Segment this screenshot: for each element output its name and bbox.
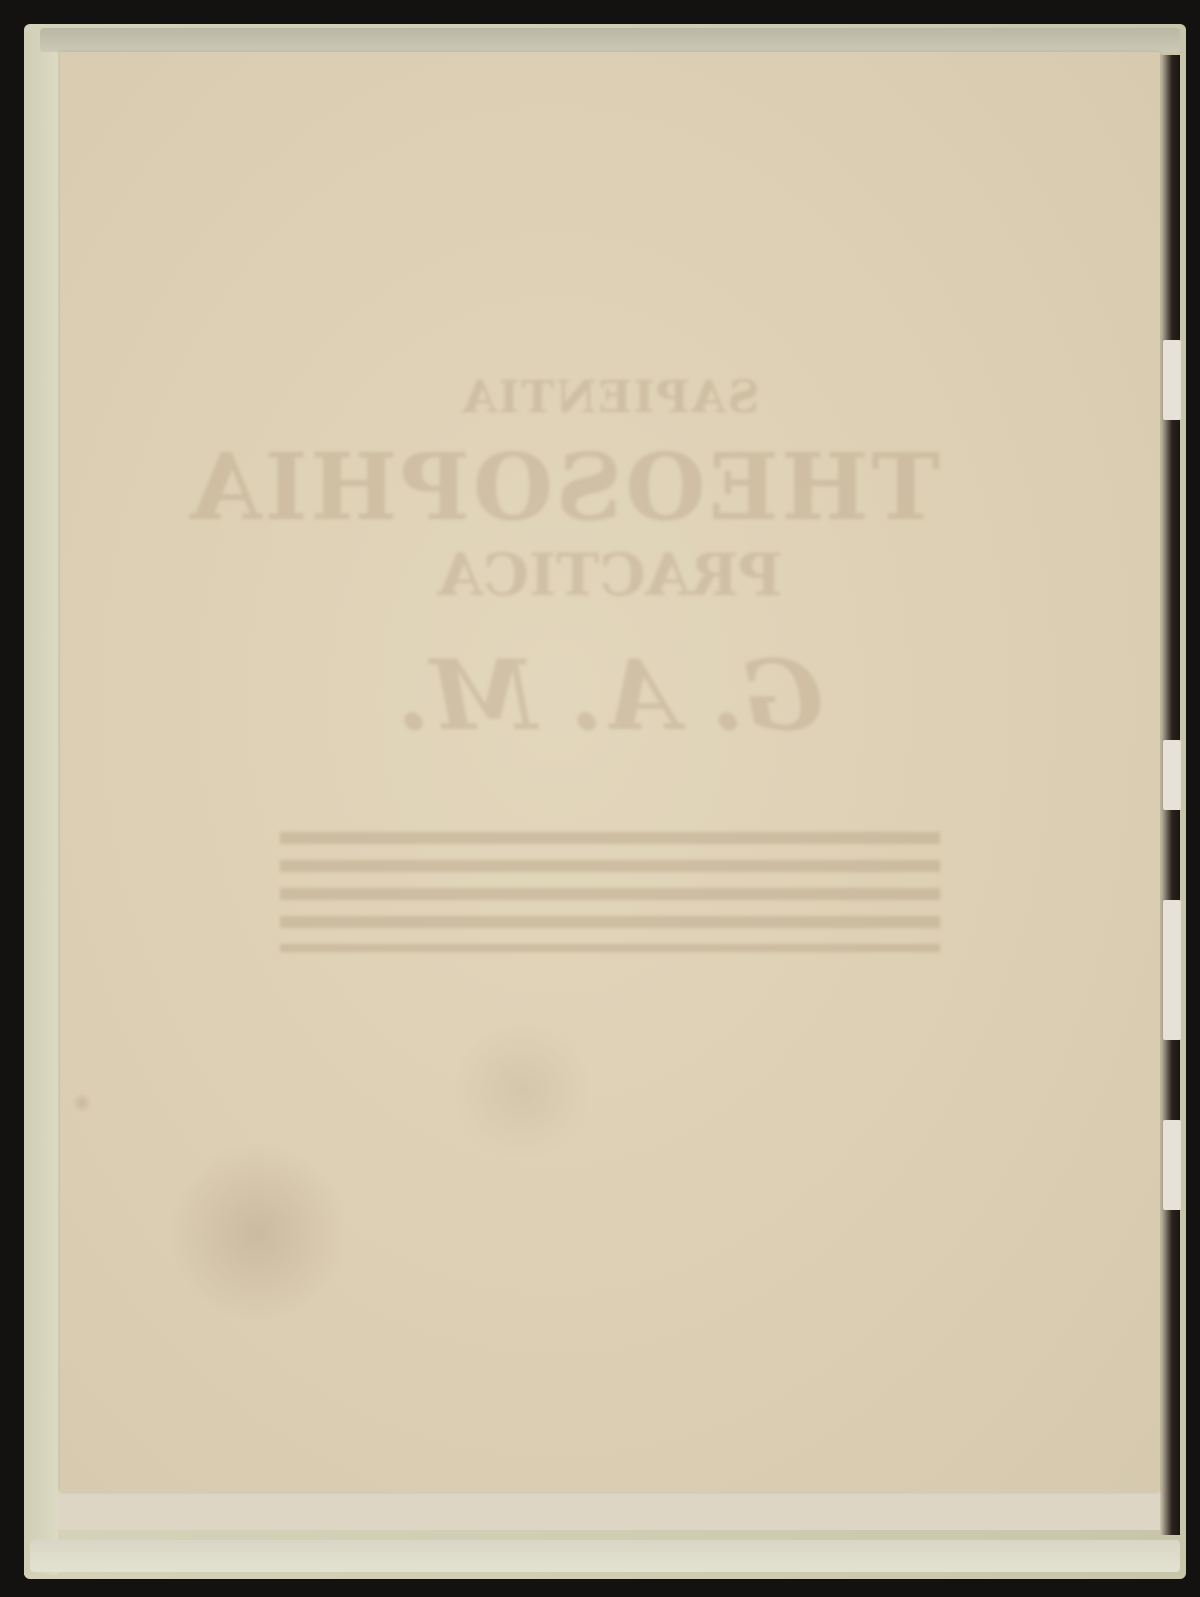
thread-tab xyxy=(1163,1120,1181,1210)
thread-tab xyxy=(1163,740,1181,810)
show-through-line: G. A. M. xyxy=(280,639,940,752)
cover-bottom-edge xyxy=(30,1540,1180,1572)
cover-spine-edge xyxy=(24,30,58,1575)
endpaper: SAPIENTIA THEOSOPHIA PRACTICA G. A. M. xyxy=(60,52,1160,1492)
cover-top-edge xyxy=(40,28,1180,52)
ribbon-tab xyxy=(1163,900,1181,1040)
paper-turn-in xyxy=(58,1490,1168,1530)
show-through-line: THEOSOPHIA xyxy=(280,433,940,541)
show-through-text: SAPIENTIA THEOSOPHIA PRACTICA G. A. M. xyxy=(280,312,940,1092)
show-through-line: SAPIENTIA xyxy=(280,372,940,423)
thread-tab xyxy=(1163,340,1181,420)
show-through-body xyxy=(280,832,940,952)
show-through-line: PRACTICA xyxy=(280,541,940,609)
